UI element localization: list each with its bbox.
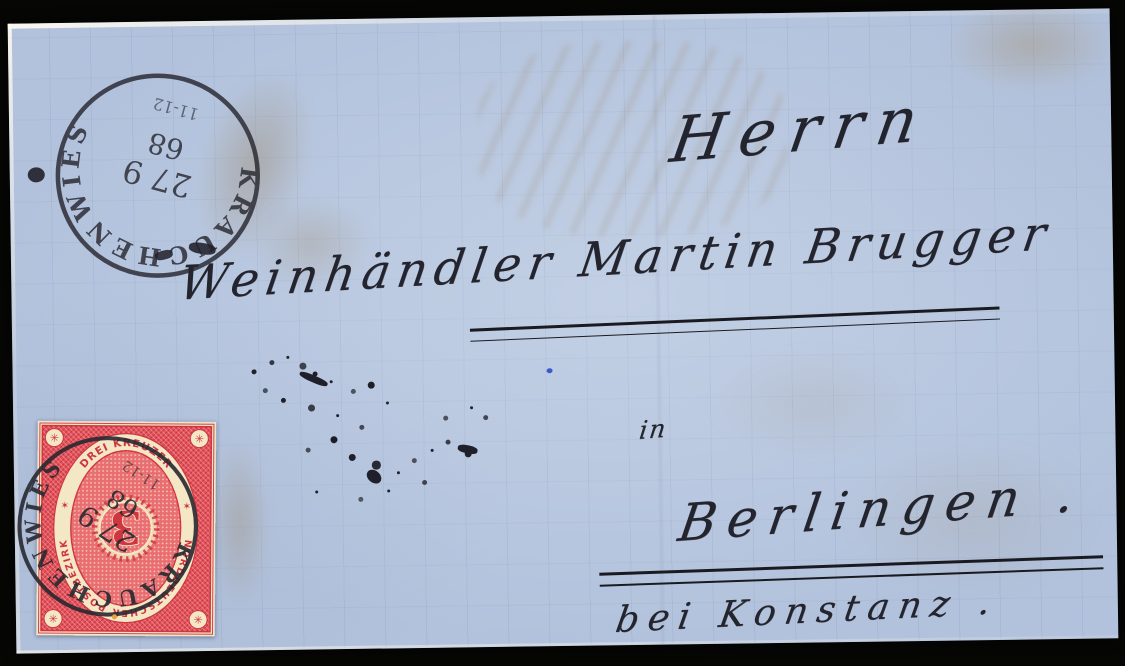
toning-smudge [702, 341, 924, 464]
ink-smudge [364, 467, 384, 486]
ink-smudge [298, 370, 328, 388]
toning-smudge [942, 8, 1118, 93]
datestamp-time: 11-12 [120, 457, 163, 493]
postal-cover-photo: KRAUCHENWIES 27 9 68 11-12 [0, 0, 1125, 666]
address-region: bei Konstanz . [613, 581, 1003, 641]
datestamp-time: 11-12 [151, 94, 201, 125]
paper-flaw-speck [112, 614, 117, 619]
address-town: Berlingen . [675, 464, 1090, 554]
paper-edge-bottom [16, 635, 1118, 653]
blue-ink-speck [547, 368, 553, 373]
underline-rule [470, 307, 1000, 342]
ink-smudge [457, 443, 478, 455]
corner-rosette-icon: ✳ [193, 614, 202, 627]
envelope-paper: KRAUCHENWIES 27 9 68 11-12 [8, 8, 1119, 653]
address-recipient: Weinhändler Martin Brugger [175, 206, 1056, 312]
address-salutation: Herrn [666, 81, 937, 177]
corner-rosette-icon: ✳ [195, 433, 204, 446]
underline-rule [599, 555, 1103, 587]
corner-rosette-icon: ✳ [48, 613, 57, 626]
ink-smudge [8, 24, 11, 27]
address-preposition: in [638, 413, 670, 445]
paper-edge-top [8, 8, 1110, 28]
